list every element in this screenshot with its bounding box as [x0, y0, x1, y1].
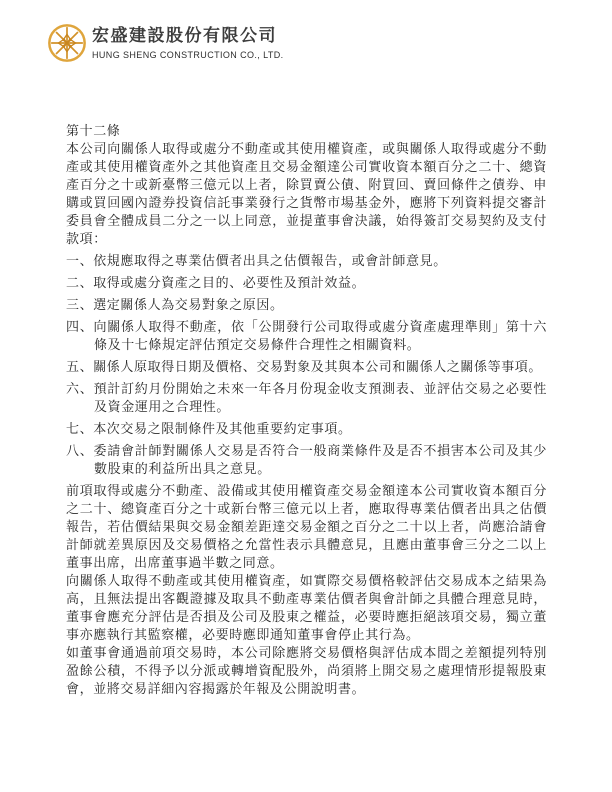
- list-item-text: 預計訂約月份開始之未來一年各月份現金收支預測表、並評估交易之必要性及資金運用之合…: [94, 381, 548, 414]
- list-item-text: 選定關係人為交易對象之原因。: [93, 297, 283, 312]
- company-name-block: 宏盛建設股份有限公司 HUNG SHENG CONSTRUCTION CO., …: [92, 22, 284, 60]
- list-item-number: 七、: [66, 421, 93, 436]
- list-item: 八、委請會計師對關係人交易是否符合一般商業條件及是否不損害本公司及其少數股東的利…: [66, 442, 547, 478]
- document-body: 第十二條 本公司向關係人取得或處分不動產或其使用權資產，或與關係人取得或處分不動…: [66, 122, 547, 698]
- paragraph-2: 前項取得或處分不動產、設備或其使用權資產交易金額達本公司實收資本額百分之二十、總…: [66, 482, 547, 572]
- list-item-number: 五、: [66, 359, 93, 374]
- paragraph-4: 如董事會通過前項交易時，本公司除應將交易價格與評估成本間之差額提列特別盈餘公積，…: [66, 644, 547, 698]
- list-item-text: 取得或處分資產之目的、必要性及預計效益。: [93, 275, 365, 290]
- company-name-zh: 宏盛建設股份有限公司: [92, 25, 284, 47]
- list-item: 五、關係人原取得日期及價格、交易對象及其與本公司和關係人之關係等事項。: [66, 358, 547, 376]
- list-item-text: 委請會計師對關係人交易是否符合一般商業條件及是否不損害本公司及其少數股東的利益所…: [94, 443, 548, 476]
- list-item-text: 本次交易之限制條件及其他重要約定事項。: [93, 421, 351, 436]
- list-item: 三、選定關係人為交易對象之原因。: [66, 296, 547, 314]
- sunburst-globe-emblem-icon: [46, 51, 88, 68]
- numbered-list: 一、依規應取得之專業估價者出具之估價報告，或會計師意見。 二、取得或處分資產之目…: [66, 252, 547, 478]
- list-item: 四、向關係人取得不動產，依「公開發行公司取得或處分資產處理準則」第十六條及十七條…: [66, 318, 547, 354]
- list-item: 七、本次交易之限制條件及其他重要約定事項。: [66, 420, 547, 438]
- company-logo: [46, 22, 88, 64]
- list-item: 二、取得或處分資產之目的、必要性及預計效益。: [66, 274, 547, 292]
- list-item-number: 六、: [66, 381, 94, 396]
- list-item-number: 二、: [66, 275, 93, 290]
- list-item: 一、依規應取得之專業估價者出具之估價報告，或會計師意見。: [66, 252, 547, 270]
- list-item-number: 八、: [66, 443, 94, 458]
- list-item-text: 依規應取得之專業估價者出具之估價報告，或會計師意見。: [93, 253, 447, 268]
- list-item-text: 關係人原取得日期及價格、交易對象及其與本公司和關係人之關係等事項。: [93, 359, 542, 374]
- paragraph-3: 向關係人取得不動產或其使用權資產，如實際交易價格較評估交易成本之結果為高，且無法…: [66, 572, 547, 644]
- list-item-number: 四、: [66, 319, 94, 334]
- list-item: 六、預計訂約月份開始之未來一年各月份現金收支預測表、並評估交易之必要性及資金運用…: [66, 380, 547, 416]
- article-title: 第十二條: [66, 122, 547, 140]
- list-item-number: 三、: [66, 297, 93, 312]
- list-item-number: 一、: [66, 253, 93, 268]
- company-name-en: HUNG SHENG CONSTRUCTION CO., LTD.: [92, 50, 284, 60]
- document-page: 宏盛建設股份有限公司 HUNG SHENG CONSTRUCTION CO., …: [0, 0, 612, 792]
- letterhead: 宏盛建設股份有限公司 HUNG SHENG CONSTRUCTION CO., …: [46, 22, 284, 64]
- list-item-text: 向關係人取得不動產，依「公開發行公司取得或處分資產處理準則」第十六條及十七條規定…: [94, 319, 548, 352]
- paragraph-1: 本公司向關係人取得或處分不動產或其使用權資產，或與關係人取得或處分不動產或其使用…: [66, 140, 547, 248]
